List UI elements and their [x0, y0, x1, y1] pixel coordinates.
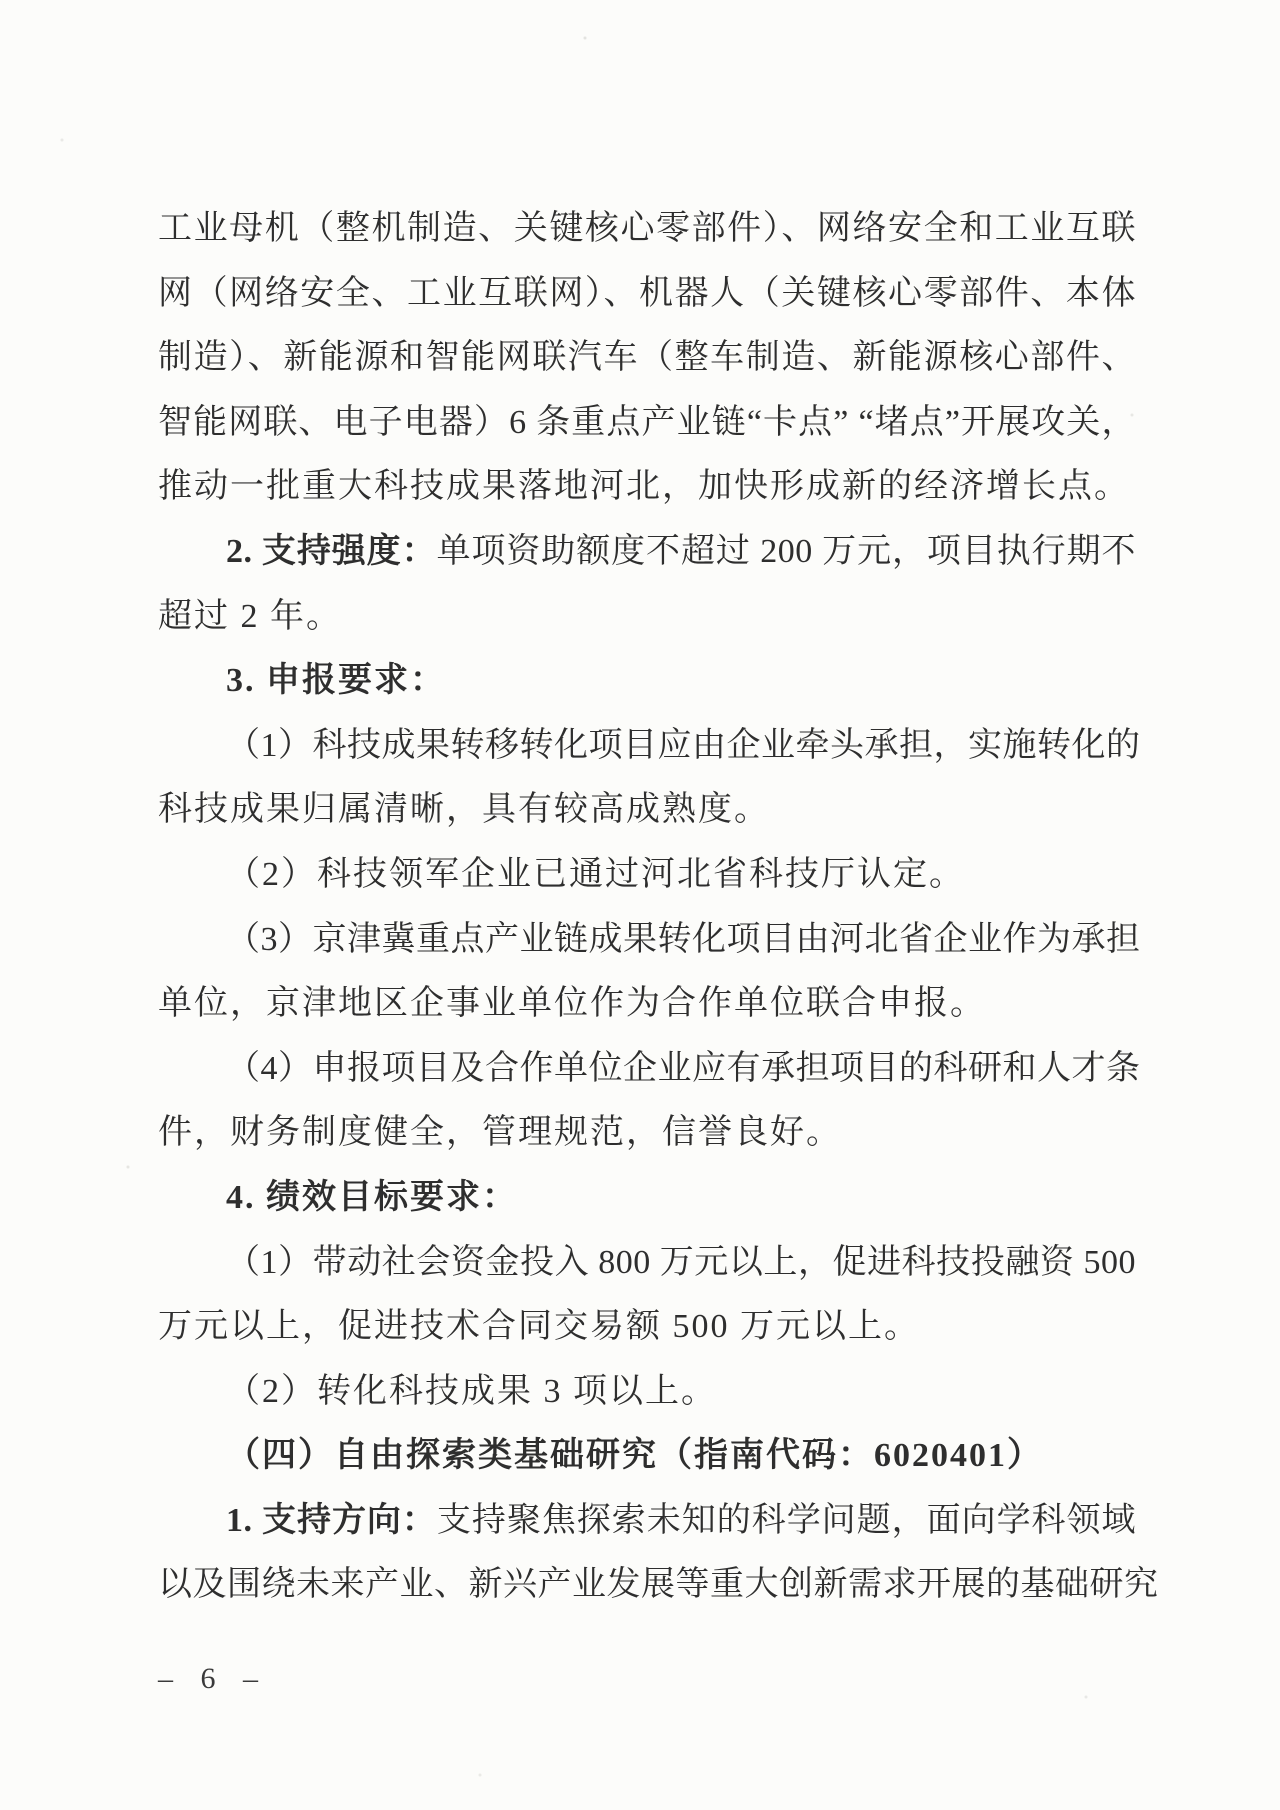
text-segment-bold: 1. 支持方向： [226, 1502, 437, 1539]
text-line: 万元以上，促进技术合同交易额 500 万元以上。 [158, 1295, 1136, 1360]
text-segment: 单项资助额度不超过 200 万元，项目执行期不 [437, 533, 1136, 570]
text-line: 4. 绩效目标要求： [158, 1166, 1136, 1231]
text-segment: 推动一批重大科技成果落地河北，加快形成新的经济增长点。 [158, 468, 1130, 505]
text-line: （2）转化科技成果 3 项以上。 [158, 1360, 1136, 1425]
text-segment: 超过 2 年。 [158, 598, 342, 635]
text-segment: 制造）、新能源和智能网联汽车（整车制造、新能源核心部件、 [158, 339, 1136, 376]
text-line: （四）自由探索类基础研究（指南代码：6020401） [158, 1424, 1136, 1489]
text-segment-bold: （四）自由探索类基础研究（指南代码：6020401） [226, 1437, 1043, 1474]
text-line: （1）带动社会资金投入 800 万元以上，促进科技投融资 500 [158, 1231, 1136, 1296]
text-segment: （3）京津冀重点产业链成果转化项目由河北省企业作为承担 [226, 921, 1141, 958]
document-page: 工业母机（整机制造、关键核心零部件）、网络安全和工业互联网（网络安全、工业互联网… [0, 0, 1280, 1810]
text-line: （2）科技领军企业已通过河北省科技厅认定。 [158, 843, 1136, 908]
text-line: 超过 2 年。 [158, 585, 1136, 650]
text-segment: 单位，京津地区企事业单位作为合作单位联合申报。 [158, 985, 986, 1022]
text-segment: 科技成果归属清晰，具有较高成熟度。 [158, 791, 770, 828]
text-segment-bold: 4. 绩效目标要求： [226, 1179, 518, 1216]
text-line: （1）科技成果转移转化项目应由企业牵头承担，实施转化的 [158, 714, 1136, 779]
text-segment: 支持聚焦探索未知的科学问题，面向学科领域 [437, 1502, 1136, 1539]
text-line: （4）申报项目及合作单位企业应有承担项目的科研和人才条 [158, 1037, 1136, 1102]
text-segment: 万元以上，促进技术合同交易额 500 万元以上。 [158, 1308, 920, 1345]
document-body: 工业母机（整机制造、关键核心零部件）、网络安全和工业互联网（网络安全、工业互联网… [0, 0, 1280, 1618]
text-line: 科技成果归属清晰，具有较高成熟度。 [158, 778, 1136, 843]
text-line: 工业母机（整机制造、关键核心零部件）、网络安全和工业互联 [158, 197, 1136, 262]
text-segment: 工业母机（整机制造、关键核心零部件）、网络安全和工业互联 [158, 210, 1136, 247]
text-segment: （1）带动社会资金投入 800 万元以上，促进科技投融资 500 [226, 1244, 1136, 1281]
text-line: （3）京津冀重点产业链成果转化项目由河北省企业作为承担 [158, 908, 1136, 973]
text-segment: 件，财务制度健全，管理规范，信誉良好。 [158, 1114, 842, 1151]
text-line: 网（网络安全、工业互联网）、机器人（关键核心零部件、本体 [158, 262, 1136, 327]
text-segment: 以及围绕未来产业、新兴产业发展等重大创新需求开展的基础研究 [158, 1566, 1159, 1603]
text-line: 件，财务制度健全，管理规范，信誉良好。 [158, 1101, 1136, 1166]
text-line: 制造）、新能源和智能网联汽车（整车制造、新能源核心部件、 [158, 326, 1136, 391]
text-line: 2. 支持强度：单项资助额度不超过 200 万元，项目执行期不 [158, 520, 1136, 585]
text-line: 以及围绕未来产业、新兴产业发展等重大创新需求开展的基础研究 [158, 1553, 1136, 1618]
text-segment: （2）科技领军企业已通过河北省科技厅认定。 [226, 856, 965, 893]
text-segment-bold: 2. 支持强度： [226, 533, 437, 570]
text-segment: （1）科技成果转移转化项目应由企业牵头承担，实施转化的 [226, 727, 1141, 764]
text-line: 智能网联、电子电器）6 条重点产业链“卡点” “堵点”开展攻关， [158, 391, 1136, 456]
text-segment: 网（网络安全、工业互联网）、机器人（关键核心零部件、本体 [158, 275, 1136, 312]
page-number: – 6 – [158, 1664, 1280, 1694]
text-line: 单位，京津地区企事业单位作为合作单位联合申报。 [158, 972, 1136, 1037]
text-line: 1. 支持方向：支持聚焦探索未知的科学问题，面向学科领域 [158, 1489, 1136, 1554]
text-segment-bold: 3. 申报要求： [226, 662, 446, 699]
text-line: 推动一批重大科技成果落地河北，加快形成新的经济增长点。 [158, 455, 1136, 520]
text-segment: 智能网联、电子电器）6 条重点产业链“卡点” “堵点”开展攻关， [158, 404, 1136, 441]
text-line: 3. 申报要求： [158, 649, 1136, 714]
text-segment: （2）转化科技成果 3 项以上。 [226, 1373, 717, 1410]
text-segment: （4）申报项目及合作单位企业应有承担项目的科研和人才条 [226, 1050, 1141, 1087]
